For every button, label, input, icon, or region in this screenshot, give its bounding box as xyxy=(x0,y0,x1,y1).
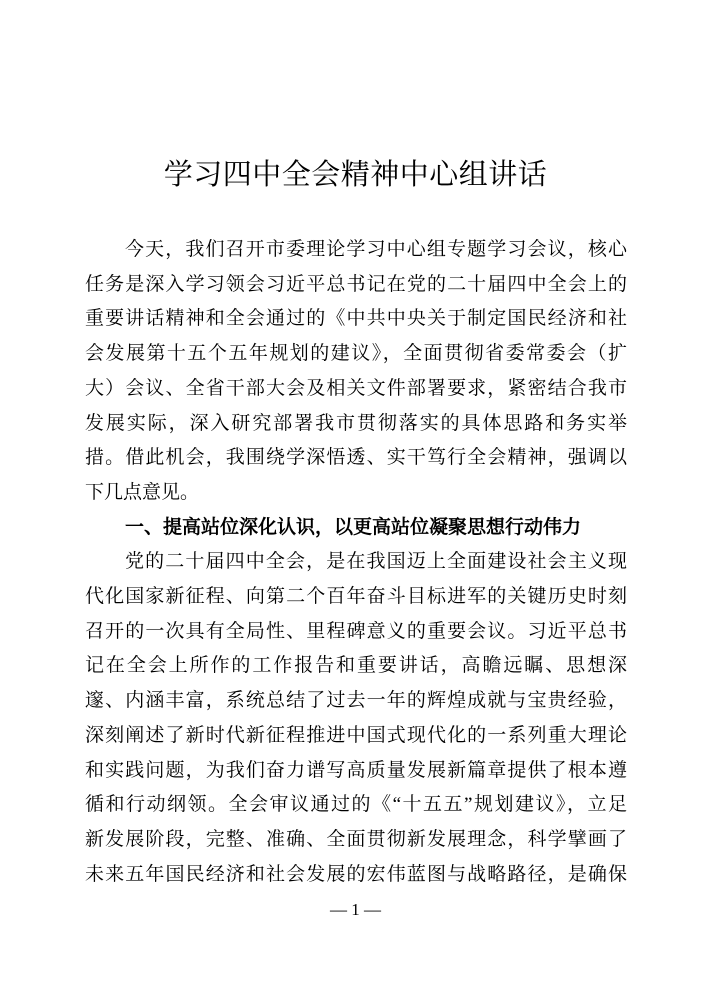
text-line: 发展实际，深入研究部署我市贯彻落实的具体思路和务实举 xyxy=(85,407,627,442)
text-line: 党的二十届四中全会，是在我国迈上全面建设社会主义现 xyxy=(85,545,627,580)
text-line: 未来五年国民经济和社会发展的宏伟蓝图与战略路径，是确保 xyxy=(85,858,627,893)
text-line: 下几点意见。 xyxy=(85,476,627,511)
text-line: 重要讲话精神和全会通过的《中共中央关于制定国民经济和社 xyxy=(85,302,627,337)
document-page: 学习四中全会精神中心组讲话 今天，我们召开市委理论学习中心组专题学习会议，核心任… xyxy=(0,0,711,1006)
text-line: 措。借此机会，我围绕学深悟透、实干笃行全会精神，强调以 xyxy=(85,441,627,476)
document-body: 今天，我们召开市委理论学习中心组专题学习会议，核心任务是深入学习领会习近平总书记… xyxy=(85,233,627,892)
text-line: 今天，我们召开市委理论学习中心组专题学习会议，核心 xyxy=(85,233,627,268)
text-line: 记在全会上所作的工作报告和重要讲话，高瞻远瞩、思想深 xyxy=(85,649,627,684)
text-line: 会发展第十五个五年规划的建议》，全面贯彻省委常委会（扩 xyxy=(85,337,627,372)
page-footer: — 1 — xyxy=(0,899,711,921)
text-line: 邃、内涵丰富，系统总结了过去一年的辉煌成就与宝贵经验， xyxy=(85,684,627,719)
section-heading: 一、提高站位深化认识，以更高站位凝聚思想行动伟力 xyxy=(85,511,627,546)
text-line: 循和行动纲领。全会审议通过的《“十五五”规划建议》，立足 xyxy=(85,788,627,823)
text-line: 代化国家新征程、向第二个百年奋斗目标进军的关键历史时刻 xyxy=(85,580,627,615)
page-number: — 1 — xyxy=(330,900,381,919)
text-line: 和实践问题，为我们奋力谱写高质量发展新篇章提供了根本遵 xyxy=(85,754,627,789)
text-line: 任务是深入学习领会习近平总书记在党的二十届四中全会上的 xyxy=(85,268,627,303)
text-line: 大）会议、全省干部大会及相关文件部署要求，紧密结合我市 xyxy=(85,372,627,407)
document-title: 学习四中全会精神中心组讲话 xyxy=(0,0,711,196)
text-line: 深刻阐述了新时代新征程推进中国式现代化的一系列重大理论 xyxy=(85,719,627,754)
text-line: 新发展阶段，完整、准确、全面贯彻新发展理念，科学擘画了 xyxy=(85,823,627,858)
text-line: 召开的一次具有全局性、里程碑意义的重要会议。习近平总书 xyxy=(85,615,627,650)
